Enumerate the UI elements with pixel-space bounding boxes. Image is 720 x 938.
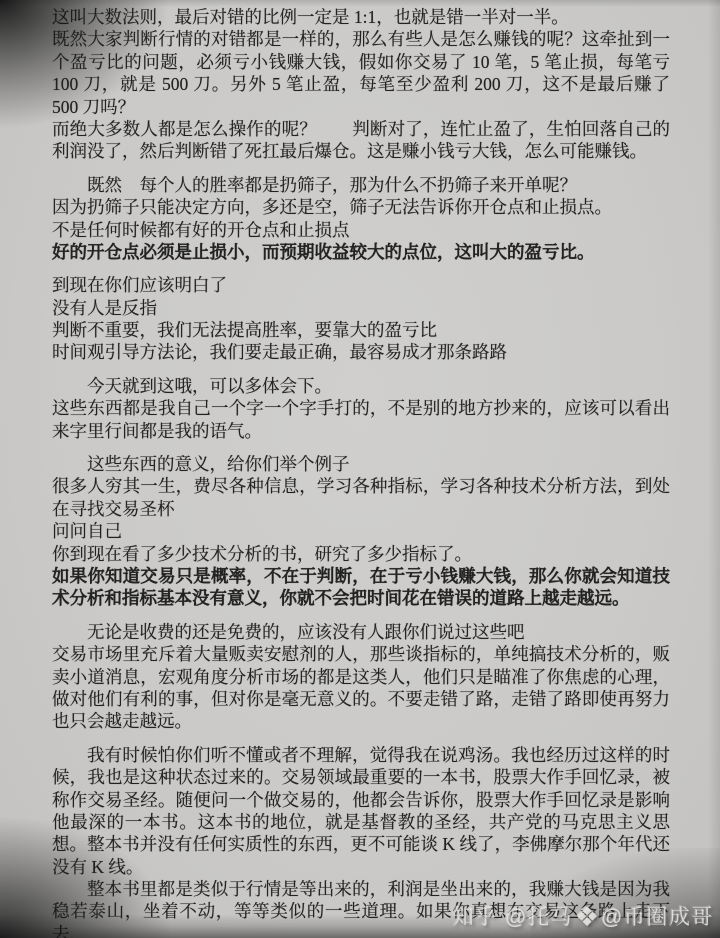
paragraph: 这些东西的意义，给你们举个例子 <box>52 453 670 475</box>
paragraph: 我有时候怕你们听不懂或者不理解，觉得我在说鸡汤。我也经历过这样的时候，我也是这种… <box>52 744 670 878</box>
paragraph: 很多人穷其一生，费尽各种信息，学习各种指标，学习各种技术分析方法，到处在寻找交易… <box>52 475 670 520</box>
paragraph: 好的开仓点必须是止损小，而预期收益较大的点位，这叫大的盈亏比。 <box>52 241 670 263</box>
document-body: 这叫大数法则，最后对错的比例一定是 1:1，也就是错一半对一半。既然大家判断行情… <box>52 6 670 938</box>
paragraph: 你到现在看了多少技术分析的书，研究了多少指标了。 <box>52 543 670 565</box>
watermark: 知乎 @托马 ❖ @币圈成哥 <box>453 901 714 931</box>
paragraph: 交易市场里充斥着大量贩卖安慰剂的人，那些谈指标的，单纯搞技术分析的，贩卖小道消息… <box>52 643 670 733</box>
diamond-logo-icon: ❖ <box>575 904 599 931</box>
paragraph: 既然大家判断行情的对错都是一样的，那么有些人是怎么赚钱的呢？这牵扯到一个盈亏比的… <box>52 28 670 118</box>
paragraph: 这叫大数法则，最后对错的比例一定是 1:1，也就是错一半对一半。 <box>52 6 670 28</box>
paragraph: 如果你知道交易只是概率，不在于判断，在于亏小钱赚大钱，那么你就会知道技术分析和指… <box>52 565 670 610</box>
paragraph: 无论是收费的还是免费的，应该没有人跟你们说过这些吧 <box>52 621 670 643</box>
paragraph: 判断不重要，我们无法提高胜率，要靠大的盈亏比 <box>52 319 670 341</box>
paragraph: 因为扔筛子只能决定方向，多还是空，筛子无法告诉你开仓点和止损点。 <box>52 196 670 218</box>
paragraph: 没有人是反指 <box>52 297 670 319</box>
paragraph: 问问自己 <box>52 520 670 542</box>
right-edge-shadow <box>708 0 720 938</box>
paragraph: 今天就到这哦，可以多体会下。 <box>52 375 670 397</box>
paragraph: 而绝大多数人都是怎么操作的呢？ 判断对了，连忙止盈了，生怕回落自己的利润没了，然… <box>52 118 670 163</box>
paragraph: 时间观引导方法论，我们要走最正确，最容易成才那条路路 <box>52 341 670 363</box>
paragraph: 既然 每个人的胜率都是扔筛子，那为什么不扔筛子来开单呢？ <box>52 174 670 196</box>
paragraph: 不是任何时候都有好的开仓点和止损点 <box>52 219 670 241</box>
watermark-prefix-text: 知乎 @托马 <box>453 901 573 931</box>
paragraph: 这些东西都是我自己一个字一个字手打的，不是别的地方抄来的，应该可以看出来字里行间… <box>52 397 670 442</box>
watermark-suffix-text: @币圈成哥 <box>601 901 714 931</box>
paragraph: 到现在你们应该明白了 <box>52 274 670 296</box>
photographed-text-page: 这叫大数法则，最后对错的比例一定是 1:1，也就是错一半对一半。既然大家判断行情… <box>0 0 720 938</box>
